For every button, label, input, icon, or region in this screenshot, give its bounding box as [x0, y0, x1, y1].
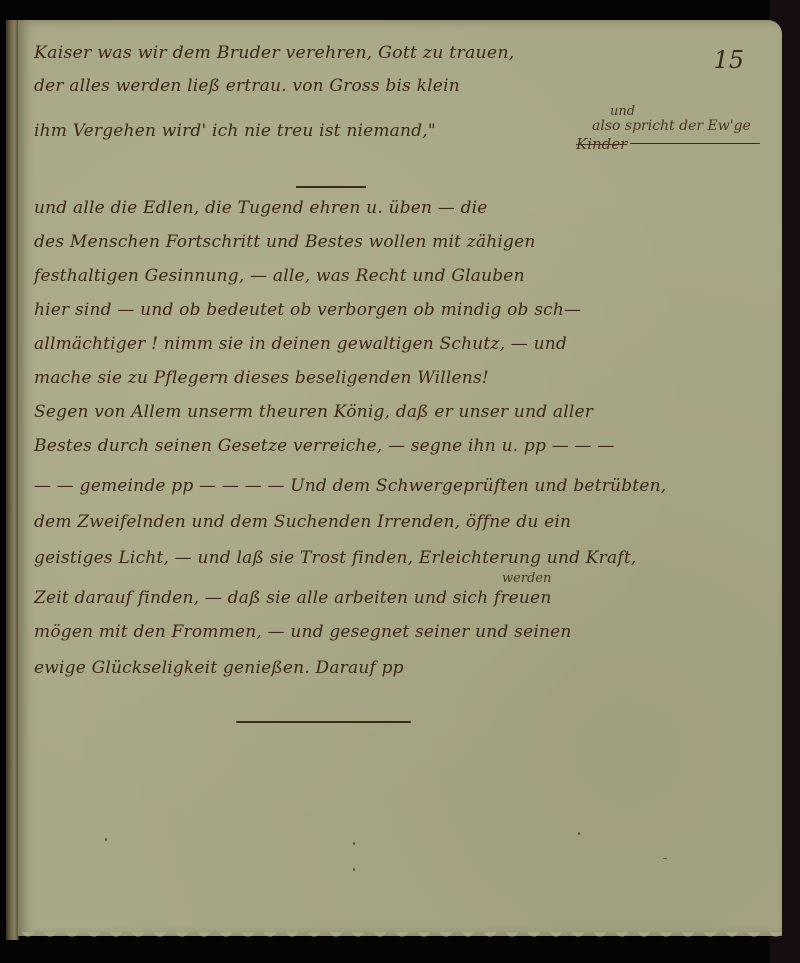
manuscript-line: des Menschen Fortschritt und Bestes woll… [34, 232, 536, 252]
manuscript-line: hier sind — und ob bedeutet ob verborgen… [34, 300, 581, 320]
manuscript-line: mache sie zu Pflegern dieses beseligende… [34, 368, 489, 388]
closing-rule [236, 721, 411, 723]
interlinear-insertion: also spricht der Ew'ge [592, 118, 751, 134]
strike-flourish [630, 143, 760, 144]
manuscript-line: — — gemeinde pp — — — — Und dem Schwerge… [34, 476, 666, 496]
interlinear-insertion: und [610, 104, 635, 119]
interlinear-insertion: werden [502, 571, 551, 586]
page-number: 15 [713, 46, 744, 74]
manuscript-line: mögen mit den Frommen, — und gesegnet se… [34, 622, 572, 642]
paper-speck [353, 842, 355, 845]
manuscript-line: Segen von Allem unserm theuren König, da… [34, 402, 593, 422]
manuscript-line: ewige Glückseligkeit genießen. Darauf pp [34, 658, 404, 678]
manuscript-line: Zeit darauf finden, — daß sie alle arbei… [34, 588, 551, 608]
struck-word: Kinder [576, 135, 627, 153]
manuscript-line: und alle die Edlen, die Tugend ehren u. … [34, 198, 488, 218]
manuscript-line: festhaltigen Gesinnung, — alle, was Rech… [34, 266, 525, 286]
paper-speck [105, 838, 107, 841]
manuscript-line: ihm Vergehen wird' ich nie treu ist niem… [34, 121, 504, 141]
manuscript-line: Bestes durch seinen Gesetze verreiche, —… [34, 436, 615, 456]
overline-mark [296, 186, 366, 188]
manuscript-line: Kaiser was wir dem Bruder verehren, Gott… [34, 43, 514, 63]
manuscript-line: geistiges Licht, — und laß sie Trost fin… [34, 548, 636, 568]
paper-speck [578, 832, 580, 835]
scan-background: 15 Kaiser was wir dem Bruder verehren, G… [0, 0, 800, 963]
manuscript-line: allmächtiger ! nimm sie in deinen gewalt… [34, 334, 567, 354]
manuscript-page: 15 Kaiser was wir dem Bruder verehren, G… [18, 20, 782, 936]
paper-speck [663, 858, 667, 859]
manuscript-line: dem Zweifelnden und dem Suchenden Irrend… [34, 512, 571, 532]
manuscript-line: der alles werden ließ ertrau. von Gross … [34, 76, 460, 96]
paper-speck [353, 868, 355, 871]
